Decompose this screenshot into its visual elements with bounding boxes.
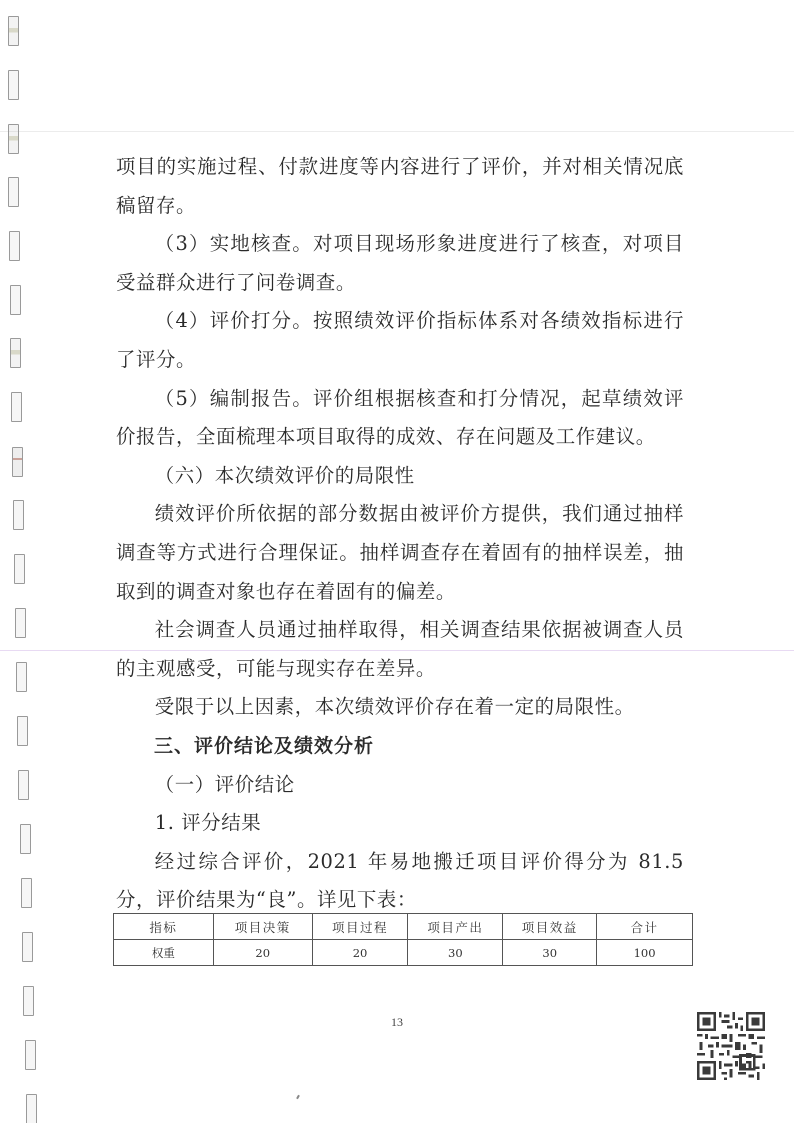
- subsection-heading-evaluation-conclusion: （一）评价结论: [116, 766, 684, 805]
- binding-hole: [13, 500, 24, 530]
- binding-hole: [8, 16, 19, 46]
- binding-hole: [14, 554, 25, 584]
- binding-hole: [8, 177, 19, 207]
- paragraph-sampling-data: 绩效评价所依据的部分数据由被评价方提供，我们通过抽样调查等方式进行合理保证。抽样…: [116, 495, 684, 611]
- table-cell: 权重: [114, 940, 214, 966]
- paragraph-score-summary: 经过综合评价，2021 年易地搬迁项目评价得分为 81.5 分，评价结果为“良”…: [116, 843, 684, 920]
- binding-hole: [10, 338, 21, 368]
- binding-hole: [25, 1040, 36, 1070]
- table-header-cell: 项目产出: [408, 914, 503, 940]
- table-header-cell: 项目过程: [312, 914, 408, 940]
- binding-hole: [22, 932, 33, 962]
- section-heading-conclusion: 三、评价结论及绩效分析: [116, 727, 684, 766]
- subsection-heading-score-result: 1. 评分结果: [116, 804, 684, 843]
- table-cell: 20: [312, 940, 408, 966]
- paragraph-site-inspection: （3）实地核查。对项目现场形象进度进行了核查，对项目受益群众进行了问卷调查。: [116, 225, 684, 302]
- binding-hole: [12, 447, 23, 477]
- paragraph-limitation-summary: 受限于以上因素，本次绩效评价存在着一定的局限性。: [116, 688, 684, 727]
- table-header-row: 指标 项目决策 项目过程 项目产出 项目效益 合计: [114, 914, 693, 940]
- paragraph-survey-subjectivity: 社会调查人员通过抽样取得，相关调查结果依据被调查人员的主观感受，可能与现实存在差…: [116, 611, 684, 688]
- binding-hole: [23, 986, 34, 1016]
- table-header-cell: 项目决策: [213, 914, 312, 940]
- paragraph-report-drafting: （5）编制报告。评价组根据核查和打分情况，起草绩效评价报告，全面梳理本项目取得的…: [116, 380, 684, 457]
- section-heading-limitations: （六）本次绩效评价的局限性: [116, 457, 684, 496]
- binding-hole: [21, 878, 32, 908]
- scan-artifact-line: [0, 131, 794, 132]
- table-row: 权重 20 20 30 30 100: [114, 940, 693, 966]
- qr-code-icon: [697, 1012, 765, 1080]
- binding-hole: [26, 1094, 37, 1123]
- body-text: 项目的实施过程、付款进度等内容进行了评价，并对相关情况底稿留存。 （3）实地核查…: [116, 148, 684, 920]
- document-page: 项目的实施过程、付款进度等内容进行了评价，并对相关情况底稿留存。 （3）实地核查…: [0, 0, 794, 1123]
- binding-hole: [16, 662, 27, 692]
- binding-hole: [15, 608, 26, 638]
- table-header-cell: 合计: [597, 914, 693, 940]
- binding-hole: [11, 392, 22, 422]
- table-header-cell: 指标: [114, 914, 214, 940]
- score-weight-table: 指标 项目决策 项目过程 项目产出 项目效益 合计 权重 20 20 30 30…: [113, 913, 693, 966]
- page-number: 13: [0, 1015, 794, 1030]
- table-header-cell: 项目效益: [503, 914, 597, 940]
- table-cell: 100: [597, 940, 693, 966]
- paragraph-evaluation-process: 项目的实施过程、付款进度等内容进行了评价，并对相关情况底稿留存。: [116, 148, 684, 225]
- binding-hole: [17, 716, 28, 746]
- table-cell: 20: [213, 940, 312, 966]
- table-cell: 30: [408, 940, 503, 966]
- binding-hole: [18, 770, 29, 800]
- binding-hole: [20, 824, 31, 854]
- binding-margin: [0, 0, 40, 1123]
- binding-hole: [8, 70, 19, 100]
- binding-hole: [10, 285, 21, 315]
- scan-speck: [296, 1095, 300, 1099]
- table-cell: 30: [503, 940, 597, 966]
- binding-hole: [8, 124, 19, 154]
- paragraph-scoring: （4）评价打分。按照绩效评价指标体系对各绩效指标进行了评分。: [116, 302, 684, 379]
- binding-hole: [9, 231, 20, 261]
